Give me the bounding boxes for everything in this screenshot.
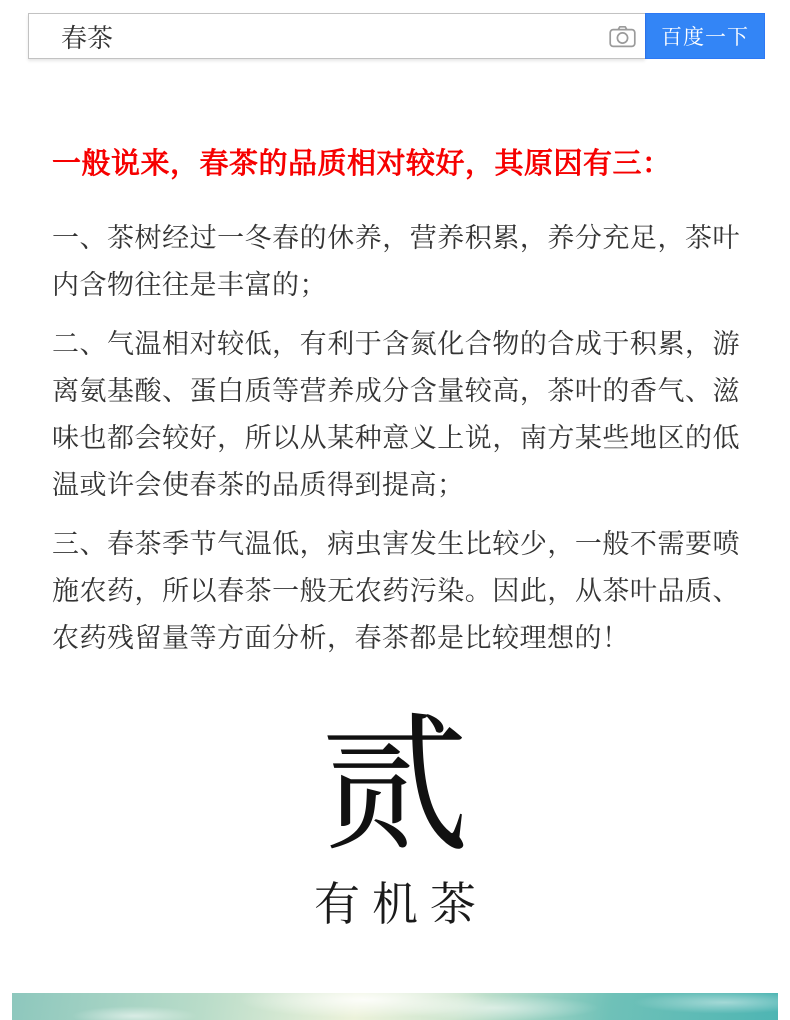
footer-sky-image bbox=[12, 993, 778, 1020]
search-input-wrap bbox=[28, 13, 645, 59]
page: { "search_bar": { "input_value": "春茶", "… bbox=[0, 0, 790, 1020]
section-divider: 贰 有机茶 bbox=[0, 714, 790, 934]
article-paragraph-3: 三、春茶季节气温低，病虫害发生比较少，一般不需要喷施农药，所以春茶一般无农药污染… bbox=[52, 521, 740, 662]
article-paragraph-1: 一、茶树经过一冬春的休养，营养积累，养分充足，茶叶内含物往往是丰富的； bbox=[52, 215, 740, 309]
article-paragraph-2: 二、气温相对较低，有利于含氮化合物的合成于积累，游离氨基酸、蛋白质等营养成分含量… bbox=[52, 321, 740, 509]
camera-search-button[interactable] bbox=[607, 22, 637, 50]
section-numeral: 贰 bbox=[0, 714, 790, 862]
search-input[interactable] bbox=[29, 14, 645, 58]
search-bar: 百度一下 bbox=[28, 13, 765, 59]
camera-icon bbox=[609, 25, 636, 48]
search-button[interactable]: 百度一下 bbox=[645, 13, 765, 59]
section-label: 有机茶 bbox=[0, 868, 790, 934]
article: 一般说来，春茶的品质相对较好，其原因有三： 一、茶树经过一冬春的休养，营养积累，… bbox=[52, 148, 740, 662]
article-heading: 一般说来，春茶的品质相对较好，其原因有三： bbox=[52, 148, 740, 181]
